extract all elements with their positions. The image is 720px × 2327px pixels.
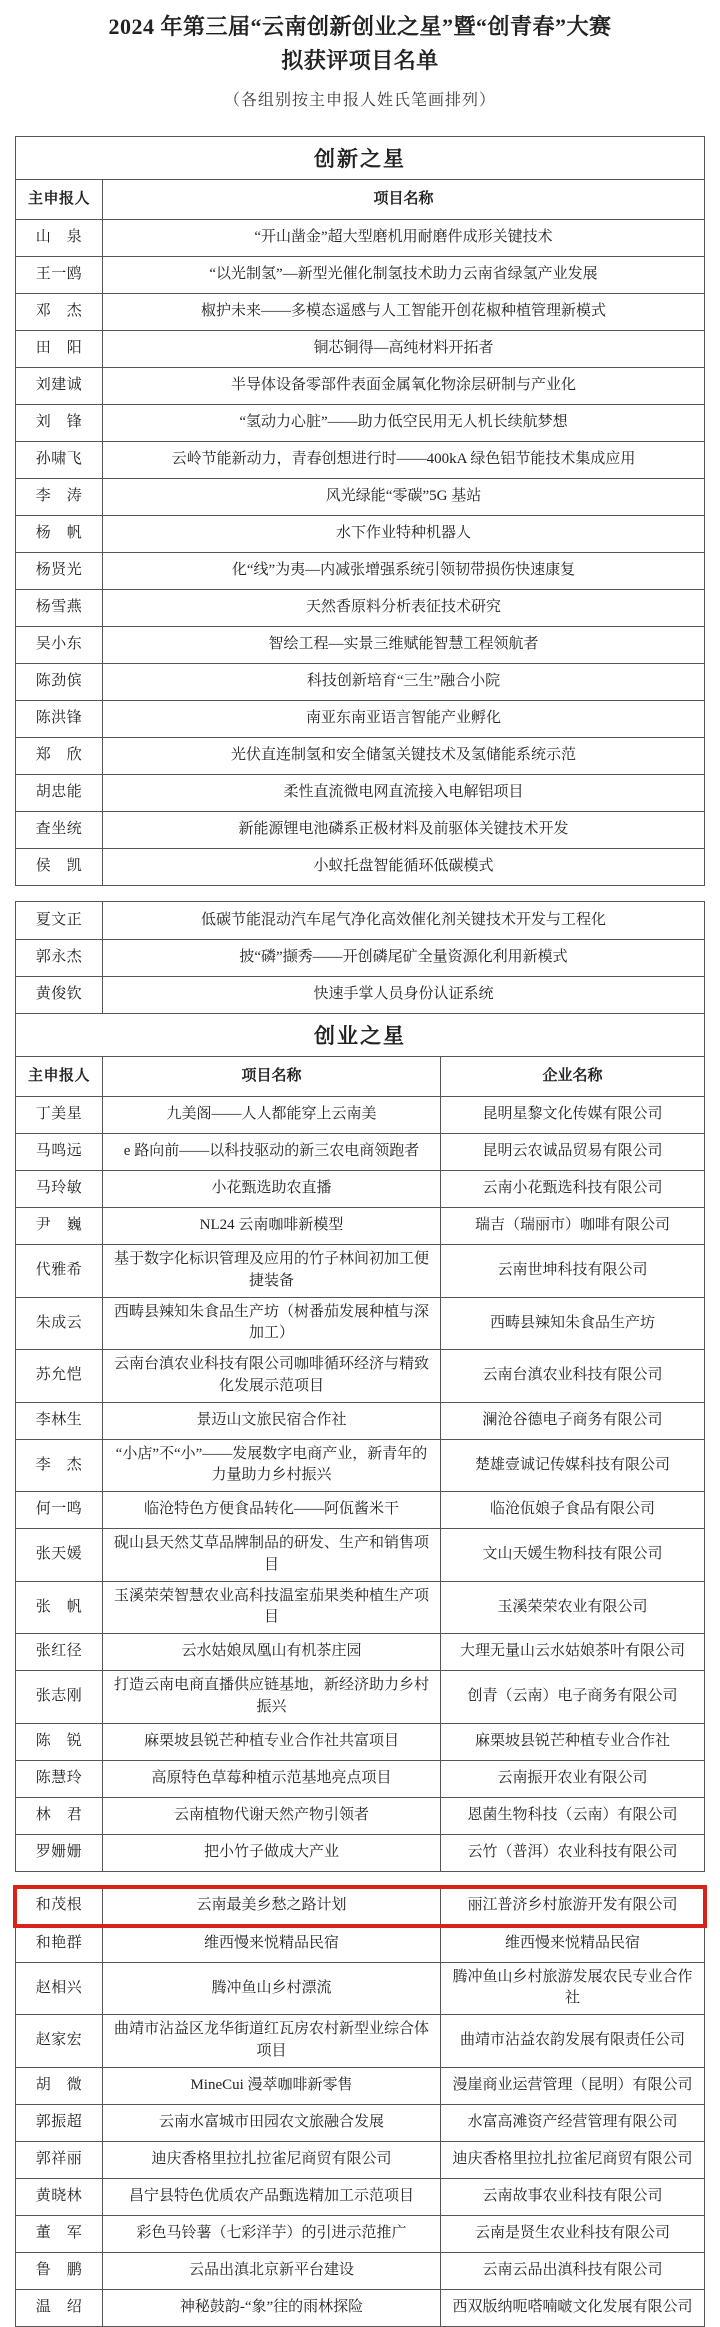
table-row: 吴小东 智绘工程—实景三维赋能智慧工程领航者 (16, 626, 704, 663)
applicant-cell: 何一鸣 (16, 1492, 102, 1528)
project-cell: 基于数字化标识管理及应用的竹子林间初加工便捷装备 (102, 1245, 440, 1297)
applicant-cell: 吴小东 (16, 627, 102, 663)
applicant-cell: 黄俊钦 (16, 977, 102, 1013)
project-cell: 彩色马铃薯（七彩洋芋）的引进示范推广 (102, 2216, 440, 2252)
applicant-cell: 张天媛 (16, 1529, 102, 1581)
applicant-cell: 胡忠能 (16, 775, 102, 811)
entrepreneurship-table-continued: 和茂根 云南最美乡愁之路计划 丽江普济乡村旅游开发有限公司 和艳群 维西慢来悦精… (15, 1887, 705, 2327)
table-row: 杨 帆 水下作业特种机器人 (16, 515, 704, 552)
project-cell: 水下作业特种机器人 (102, 516, 704, 552)
table-row: 何一鸣 临沧特色方便食品转化——阿佤酱米干 临沧佤娘子食品有限公司 (16, 1491, 704, 1528)
applicant-cell: 张红径 (16, 1634, 102, 1670)
applicant-cell: 黄晓林 (16, 2179, 102, 2215)
company-cell: 文山天媛生物科技有限公司 (440, 1529, 704, 1581)
project-cell: 云岭节能新动力，青春创想进行时——400kA 绿色铝节能技术集成应用 (102, 442, 704, 478)
innovation-column-header-row: 主申报人 项目名称 (16, 179, 704, 219)
applicant-cell: 陈 锐 (16, 1724, 102, 1760)
project-cell: 铜芯铜得—高纯材料开拓者 (102, 331, 704, 367)
company-cell: 维西慢来悦精品民宿 (440, 1926, 704, 1962)
applicant-cell: 田 阳 (16, 331, 102, 367)
table-row: 陈慧玲 高原特色草莓种植示范基地亮点项目 云南振开农业有限公司 (16, 1760, 704, 1797)
company-cell: 迪庆香格里拉扎拉雀尼商贸有限公司 (440, 2142, 704, 2178)
project-cell: 昌宁县特色优质农产品甄选精加工示范项目 (102, 2179, 440, 2215)
table-row: 李 涛 风光绿能“零碳”5G 基站 (16, 478, 704, 515)
table-row: 田 阳 铜芯铜得—高纯材料开拓者 (16, 330, 704, 367)
company-cell: 昆明星黎文化传媒有限公司 (440, 1097, 704, 1133)
section-title: 创业之星 (16, 1014, 704, 1056)
table-row: 胡 微 MineCui 漫萃咖啡新零售 漫崖商业运营管理（昆明）有限公司 (16, 2067, 704, 2104)
table-row: 郭祥丽 迪庆香格里拉扎拉雀尼商贸有限公司 迪庆香格里拉扎拉雀尼商贸有限公司 (16, 2141, 704, 2178)
project-cell: 曲靖市沾益区龙华街道红瓦房农村新型业综合体项目 (102, 2015, 440, 2067)
table-row: 陈洪锋 南亚东南亚语言智能产业孵化 (16, 700, 704, 737)
project-cell: MineCui 漫萃咖啡新零售 (102, 2068, 440, 2104)
company-cell: 玉溪荣荣农业有限公司 (440, 1582, 704, 1634)
company-cell: 水富高滩资产经营管理有限公司 (440, 2105, 704, 2141)
applicant-cell: 丁美星 (16, 1097, 102, 1133)
project-cell: 小花甄选助农直播 (102, 1171, 440, 1207)
project-cell: 云南水富城市田园农文旅融合发展 (102, 2105, 440, 2141)
project-cell: 光伏直连制氢和安全储氢关键技术及氢储能系统示范 (102, 738, 704, 774)
highlighted-table-row: 和茂根 云南最美乡愁之路计划 丽江普济乡村旅游开发有限公司 (16, 1888, 704, 1925)
table-row: 陈劲傧 科技创新培育“三生”融合小院 (16, 663, 704, 700)
project-cell: 麻栗坡县锐芒种植专业合作社共富项目 (102, 1724, 440, 1760)
applicant-cell: 鲁 鹏 (16, 2253, 102, 2289)
company-cell: 腾冲鱼山乡村旅游发展农民专业合作社 (440, 1963, 704, 2015)
applicant-cell: 张志刚 (16, 1671, 102, 1723)
project-cell: 迪庆香格里拉扎拉雀尼商贸有限公司 (102, 2142, 440, 2178)
table-row: 李林生 景迈山文旅民宿合作社 澜沧谷德电子商务有限公司 (16, 1402, 704, 1439)
applicant-cell: 郭永杰 (16, 940, 102, 976)
table-row: 张天媛 砚山县天然艾草品牌制品的研发、生产和销售项目 文山天媛生物科技有限公司 (16, 1528, 704, 1581)
applicant-cell: 杨雪燕 (16, 590, 102, 626)
applicant-cell: 赵家宏 (16, 2015, 102, 2067)
applicant-cell: 代雅希 (16, 1245, 102, 1297)
company-cell: 麻栗坡县锐芒种植专业合作社 (440, 1724, 704, 1760)
project-cell: 云水姑娘凤凰山有机茶庄园 (102, 1634, 440, 1670)
applicant-cell: 山 泉 (16, 220, 102, 256)
project-cell: 九美阁——人人都能穿上云南美 (102, 1097, 440, 1133)
company-cell: 云竹（普洱）农业科技有限公司 (440, 1835, 704, 1871)
company-cell: 澜沧谷德电子商务有限公司 (440, 1403, 704, 1439)
project-cell: 云品出滇北京新平台建设 (102, 2253, 440, 2289)
project-cell: 玉溪荣荣智慧农业高科技温室茄果类种植生产项目 (102, 1582, 440, 1634)
applicant-cell: 罗姗姗 (16, 1835, 102, 1871)
project-cell: 把小竹子做成大产业 (102, 1835, 440, 1871)
applicant-cell: 朱成云 (16, 1298, 102, 1350)
applicant-cell: 陈劲傧 (16, 664, 102, 700)
table-row: 马玲敏 小花甄选助农直播 云南小花甄选科技有限公司 (16, 1170, 704, 1207)
company-cell: 大理无量山云水姑娘茶叶有限公司 (440, 1634, 704, 1670)
applicant-cell: 邓 杰 (16, 294, 102, 330)
project-cell: 腾冲鱼山乡村漂流 (102, 1963, 440, 2015)
applicant-cell: 和艳群 (16, 1926, 102, 1962)
project-cell: NL24 云南咖啡新模型 (102, 1208, 440, 1244)
applicant-cell: 马鸣远 (16, 1134, 102, 1170)
innovation-rows-continued: 夏文正 低碳节能混动汽车尾气净化高效催化剂关键技术开发与工程化 郭永杰 披“磷”… (16, 902, 704, 1013)
table-row: 鲁 鹏 云品出滇北京新平台建设 云南云品出滇科技有限公司 (16, 2252, 704, 2289)
company-cell: 楚雄壹诚记传媒科技有限公司 (440, 1440, 704, 1492)
column-header-company: 企业名称 (440, 1057, 704, 1096)
table-row: 张 帆 玉溪荣荣智慧农业高科技温室茄果类种植生产项目 玉溪荣荣农业有限公司 (16, 1581, 704, 1634)
entrepreneurship-rows-continued: 和茂根 云南最美乡愁之路计划 丽江普济乡村旅游开发有限公司 和艳群 维西慢来悦精… (16, 1888, 704, 2326)
table-row: 尹 巍 NL24 云南咖啡新模型 瑞吉（瑞丽市）咖啡有限公司 (16, 1207, 704, 1244)
column-header-applicant: 主申报人 (16, 180, 102, 219)
project-cell: 快速手掌人员身份认证系统 (102, 977, 704, 1013)
project-cell: 半导体设备零部件表面金属氧化物涂层研制与产业化 (102, 368, 704, 404)
company-cell: 临沧佤娘子食品有限公司 (440, 1492, 704, 1528)
table-row: 温 绍 神秘鼓韵-“象”往的雨林探险 西双版纳呃嗒喃啵文化发展有限公司 (16, 2289, 704, 2326)
company-cell: 昆明云农诚品贸易有限公司 (440, 1134, 704, 1170)
section-title: 创新之星 (16, 137, 704, 179)
table-row: 黄俊钦 快速手掌人员身份认证系统 (16, 976, 704, 1013)
project-cell: 南亚东南亚语言智能产业孵化 (102, 701, 704, 737)
document-title-line1: 2024 年第三届“云南创新创业之星”暨“创青春”大赛 (0, 10, 720, 44)
company-cell: 云南台滇农业科技有限公司 (440, 1350, 704, 1402)
project-cell: 科技创新培育“三生”融合小院 (102, 664, 704, 700)
applicant-cell: 李林生 (16, 1403, 102, 1439)
project-cell: 智绘工程—实景三维赋能智慧工程领航者 (102, 627, 704, 663)
innovation-star-table: 创新之星 主申报人 项目名称 山 泉 “开山凿金”超大型磨机用耐磨件成形关键技术… (15, 136, 705, 886)
entrepreneurship-rows: 丁美星 九美阁——人人都能穿上云南美 昆明星黎文化传媒有限公司 马鸣远 e 路向… (16, 1096, 704, 1871)
table-row: 王一鸥 “以光制氢”—新型光催化制氢技术助力云南省绿氢产业发展 (16, 256, 704, 293)
company-cell: 云南故事农业科技有限公司 (440, 2179, 704, 2215)
applicant-cell: 孙啸飞 (16, 442, 102, 478)
project-cell: 化“线”为夷—内减张增强系统引领韧带损伤快速康复 (102, 553, 704, 589)
project-cell: 维西慢来悦精品民宿 (102, 1926, 440, 1962)
project-cell: “小店”不“小”——发展数字电商产业，新青年的力量助力乡村振兴 (102, 1440, 440, 1492)
table-row: 陈 锐 麻栗坡县锐芒种植专业合作社共富项目 麻栗坡县锐芒种植专业合作社 (16, 1723, 704, 1760)
company-cell: 曲靖市沾益农韵发展有限责任公司 (440, 2015, 704, 2067)
applicant-cell: 尹 巍 (16, 1208, 102, 1244)
table-row: 杨雪燕 天然香原料分析表征技术研究 (16, 589, 704, 626)
project-cell: 砚山县天然艾草品牌制品的研发、生产和销售项目 (102, 1529, 440, 1581)
table-row: 孙啸飞 云岭节能新动力，青春创想进行时——400kA 绿色铝节能技术集成应用 (16, 441, 704, 478)
project-cell: “以光制氢”—新型光催化制氢技术助力云南省绿氢产业发展 (102, 257, 704, 293)
document-title-line2: 拟获评项目名单 (0, 44, 720, 78)
company-cell: 云南小花甄选科技有限公司 (440, 1171, 704, 1207)
applicant-cell: 李 涛 (16, 479, 102, 515)
column-header-applicant: 主申报人 (16, 1057, 102, 1096)
company-cell: 云南振开农业有限公司 (440, 1761, 704, 1797)
document-subtitle: （各组别按主申报人姓氏笔画排列） (0, 87, 720, 110)
applicant-cell: 郑 欣 (16, 738, 102, 774)
applicant-cell: 刘 锋 (16, 405, 102, 441)
company-cell: 瑞吉（瑞丽市）咖啡有限公司 (440, 1208, 704, 1244)
table-row: 郭永杰 披“磷”撷秀——开创磷尾矿全量资源化利用新模式 (16, 939, 704, 976)
applicant-cell: 董 军 (16, 2216, 102, 2252)
project-cell: 云南最美乡愁之路计划 (102, 1888, 440, 1925)
table-row: 杨贤光 化“线”为夷—内减张增强系统引领韧带损伤快速康复 (16, 552, 704, 589)
table-row: 苏允恺 云南台滇农业科技有限公司咖啡循环经济与精致化发展示范项目 云南台滇农业科… (16, 1349, 704, 1402)
table-row: 丁美星 九美阁——人人都能穿上云南美 昆明星黎文化传媒有限公司 (16, 1096, 704, 1133)
company-cell: 丽江普济乡村旅游开发有限公司 (440, 1888, 704, 1925)
company-cell: 云南世坤科技有限公司 (440, 1245, 704, 1297)
table-row: 赵相兴 腾冲鱼山乡村漂流 腾冲鱼山乡村旅游发展农民专业合作社 (16, 1962, 704, 2015)
project-cell: 云南植物代谢天然产物引领者 (102, 1798, 440, 1834)
applicant-cell: 陈洪锋 (16, 701, 102, 737)
project-cell: 椒护未来——多模态遥感与人工智能开创花椒种植管理新模式 (102, 294, 704, 330)
table-row: 查坐统 新能源锂电池磷系正极材料及前驱体关键技术开发 (16, 811, 704, 848)
section-header-innovation: 创新之星 (16, 137, 704, 179)
table-row: 张红径 云水姑娘凤凰山有机茶庄园 大理无量山云水姑娘茶叶有限公司 (16, 1633, 704, 1670)
company-cell: 云南云品出滇科技有限公司 (440, 2253, 704, 2289)
project-cell: “氢动力心脏”——助力低空民用无人机长续航梦想 (102, 405, 704, 441)
applicant-cell: 和茂根 (16, 1888, 102, 1925)
table-row: 赵家宏 曲靖市沾益区龙华街道红瓦房农村新型业综合体项目 曲靖市沾益农韵发展有限责… (16, 2014, 704, 2067)
applicant-cell: 马玲敏 (16, 1171, 102, 1207)
table-row: 胡忠能 柔性直流微电网直流接入电解铝项目 (16, 774, 704, 811)
applicant-cell: 王一鸥 (16, 257, 102, 293)
project-cell: 低碳节能混动汽车尾气净化高效催化剂关键技术开发与工程化 (102, 902, 704, 939)
project-cell: 云南台滇农业科技有限公司咖啡循环经济与精致化发展示范项目 (102, 1350, 440, 1402)
applicant-cell: 刘建诚 (16, 368, 102, 404)
table-row: 黄晓林 昌宁县特色优质农产品甄选精加工示范项目 云南故事农业科技有限公司 (16, 2178, 704, 2215)
project-cell: 披“磷”撷秀——开创磷尾矿全量资源化利用新模式 (102, 940, 704, 976)
table-row: 代雅希 基于数字化标识管理及应用的竹子林间初加工便捷装备 云南世坤科技有限公司 (16, 1244, 704, 1297)
applicant-cell: 胡 微 (16, 2068, 102, 2104)
table-row: 罗姗姗 把小竹子做成大产业 云竹（普洱）农业科技有限公司 (16, 1834, 704, 1871)
project-cell: 临沧特色方便食品转化——阿佤酱米干 (102, 1492, 440, 1528)
table-row: 郑 欣 光伏直连制氢和安全储氢关键技术及氢储能系统示范 (16, 737, 704, 774)
table-row: 刘建诚 半导体设备零部件表面金属氧化物涂层研制与产业化 (16, 367, 704, 404)
applicant-cell: 侯 凯 (16, 849, 102, 885)
column-header-project: 项目名称 (102, 180, 704, 219)
innovation-rows: 山 泉 “开山凿金”超大型磨机用耐磨件成形关键技术 王一鸥 “以光制氢”—新型光… (16, 219, 704, 885)
table-row: 郭振超 云南水富城市田园农文旅融合发展 水富高滩资产经营管理有限公司 (16, 2104, 704, 2141)
table-row: 邓 杰 椒护未来——多模态遥感与人工智能开创花椒种植管理新模式 (16, 293, 704, 330)
project-cell: 西畴县辣知朱食品生产坊（树番茄发展种植与深加工） (102, 1298, 440, 1350)
project-cell: 高原特色草莓种植示范基地亮点项目 (102, 1761, 440, 1797)
entrepreneurship-column-header-row: 主申报人 项目名称 企业名称 (16, 1056, 704, 1096)
applicant-cell: 夏文正 (16, 902, 102, 939)
applicant-cell: 张 帆 (16, 1582, 102, 1634)
project-cell: 神秘鼓韵-“象”往的雨林探险 (102, 2290, 440, 2326)
company-cell: 云南是贤生农业科技有限公司 (440, 2216, 704, 2252)
applicant-cell: 杨 帆 (16, 516, 102, 552)
table-row: 山 泉 “开山凿金”超大型磨机用耐磨件成形关键技术 (16, 219, 704, 256)
table-row: 刘 锋 “氢动力心脏”——助力低空民用无人机长续航梦想 (16, 404, 704, 441)
applicant-cell: 查坐统 (16, 812, 102, 848)
project-cell: 景迈山文旅民宿合作社 (102, 1403, 440, 1439)
company-cell: 漫崖商业运营管理（昆明）有限公司 (440, 2068, 704, 2104)
continued-table: 夏文正 低碳节能混动汽车尾气净化高效催化剂关键技术开发与工程化 郭永杰 披“磷”… (15, 901, 705, 1872)
table-row: 董 军 彩色马铃薯（七彩洋芋）的引进示范推广 云南是贤生农业科技有限公司 (16, 2215, 704, 2252)
applicant-cell: 郭祥丽 (16, 2142, 102, 2178)
project-cell: e 路向前——以科技驱动的新三农电商领跑者 (102, 1134, 440, 1170)
project-cell: “开山凿金”超大型磨机用耐磨件成形关键技术 (102, 220, 704, 256)
project-cell: 新能源锂电池磷系正极材料及前驱体关键技术开发 (102, 812, 704, 848)
table-row: 朱成云 西畴县辣知朱食品生产坊（树番茄发展种植与深加工） 西畴县辣知朱食品生产坊 (16, 1297, 704, 1350)
project-cell: 风光绿能“零碳”5G 基站 (102, 479, 704, 515)
project-cell: 柔性直流微电网直流接入电解铝项目 (102, 775, 704, 811)
company-cell: 创青（云南）电子商务有限公司 (440, 1671, 704, 1723)
applicant-cell: 李 杰 (16, 1440, 102, 1492)
project-cell: 天然香原料分析表征技术研究 (102, 590, 704, 626)
applicant-cell: 林 君 (16, 1798, 102, 1834)
applicant-cell: 温 绍 (16, 2290, 102, 2326)
applicant-cell: 郭振超 (16, 2105, 102, 2141)
applicant-cell: 陈慧玲 (16, 1761, 102, 1797)
company-cell: 西畴县辣知朱食品生产坊 (440, 1298, 704, 1350)
applicant-cell: 苏允恺 (16, 1350, 102, 1402)
section-header-entrepreneurship: 创业之星 (16, 1013, 704, 1056)
document-page: 2024 年第三届“云南创新创业之星”暨“创青春”大赛 拟获评项目名单 （各组别… (0, 0, 720, 2327)
table-row: 和艳群 维西慢来悦精品民宿 维西慢来悦精品民宿 (16, 1925, 704, 1962)
column-header-project: 项目名称 (102, 1057, 440, 1096)
table-row: 马鸣远 e 路向前——以科技驱动的新三农电商领跑者 昆明云农诚品贸易有限公司 (16, 1133, 704, 1170)
project-cell: 打造云南电商直播供应链基地，新经济助力乡村振兴 (102, 1671, 440, 1723)
table-row: 张志刚 打造云南电商直播供应链基地，新经济助力乡村振兴 创青（云南）电子商务有限… (16, 1670, 704, 1723)
table-row: 夏文正 低碳节能混动汽车尾气净化高效催化剂关键技术开发与工程化 (16, 902, 704, 939)
table-row: 李 杰 “小店”不“小”——发展数字电商产业，新青年的力量助力乡村振兴 楚雄壹诚… (16, 1439, 704, 1492)
table-row: 侯 凯 小蚁托盘智能循环低碳模式 (16, 848, 704, 885)
applicant-cell: 杨贤光 (16, 553, 102, 589)
table-row: 林 君 云南植物代谢天然产物引领者 恩菌生物科技（云南）有限公司 (16, 1797, 704, 1834)
applicant-cell: 赵相兴 (16, 1963, 102, 2015)
company-cell: 西双版纳呃嗒喃啵文化发展有限公司 (440, 2290, 704, 2326)
company-cell: 恩菌生物科技（云南）有限公司 (440, 1798, 704, 1834)
project-cell: 小蚁托盘智能循环低碳模式 (102, 849, 704, 885)
